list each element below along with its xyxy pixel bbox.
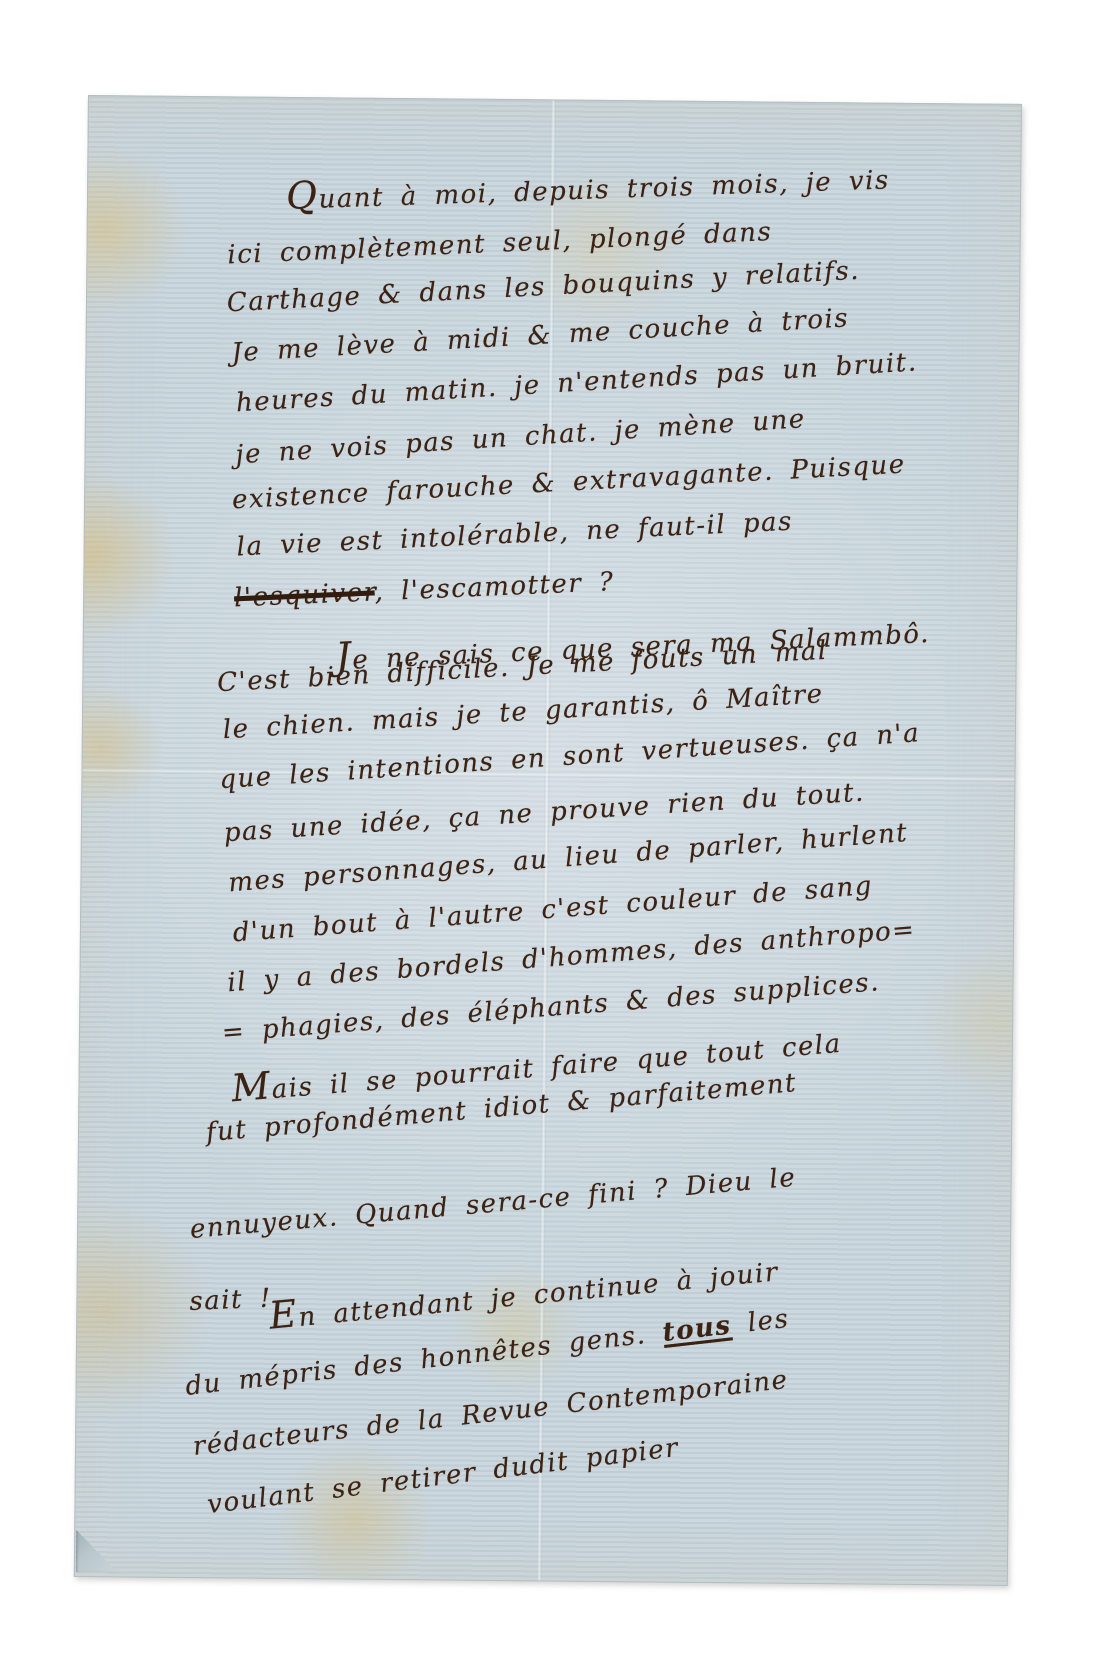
letter-line-text: , l'escamotter ? xyxy=(374,567,615,607)
crossed-out-word: l'esquiver xyxy=(234,577,376,613)
letter-line-text: sait ! xyxy=(189,1284,273,1317)
letter-line: Quant à moi, depuis trois mois, je vis xyxy=(285,157,890,215)
letter-line-text: ennuyeux. Quand sera-ce fini ? Dieu le xyxy=(189,1163,798,1245)
letter-line: la vie est intolérable, ne faut-il pas xyxy=(236,509,793,561)
letter-line-text: les xyxy=(730,1304,791,1340)
folded-corner xyxy=(76,1530,118,1572)
letter-line: ennuyeux. Quand sera-ce fini ? Dieu le xyxy=(189,1165,797,1243)
letter-paper: Quant à moi, depuis trois mois, je vis i… xyxy=(74,95,1022,1586)
letter-line: l'esquiver, l'escamotter ? xyxy=(234,569,615,611)
letter-line: ici complètement seul, plongé dans xyxy=(227,219,773,268)
letter-photo: Quant à moi, depuis trois mois, je vis i… xyxy=(0,0,1108,1661)
letter-line-text: la vie est intolérable, ne faut-il pas xyxy=(236,507,794,563)
letter-line-text: Quant à moi, depuis trois mois, je vis xyxy=(286,165,891,216)
letter-line-text: ici complètement seul, plongé dans xyxy=(227,217,773,270)
letter-line: sait ! xyxy=(189,1286,272,1315)
underlined-word: tous xyxy=(661,1310,733,1348)
